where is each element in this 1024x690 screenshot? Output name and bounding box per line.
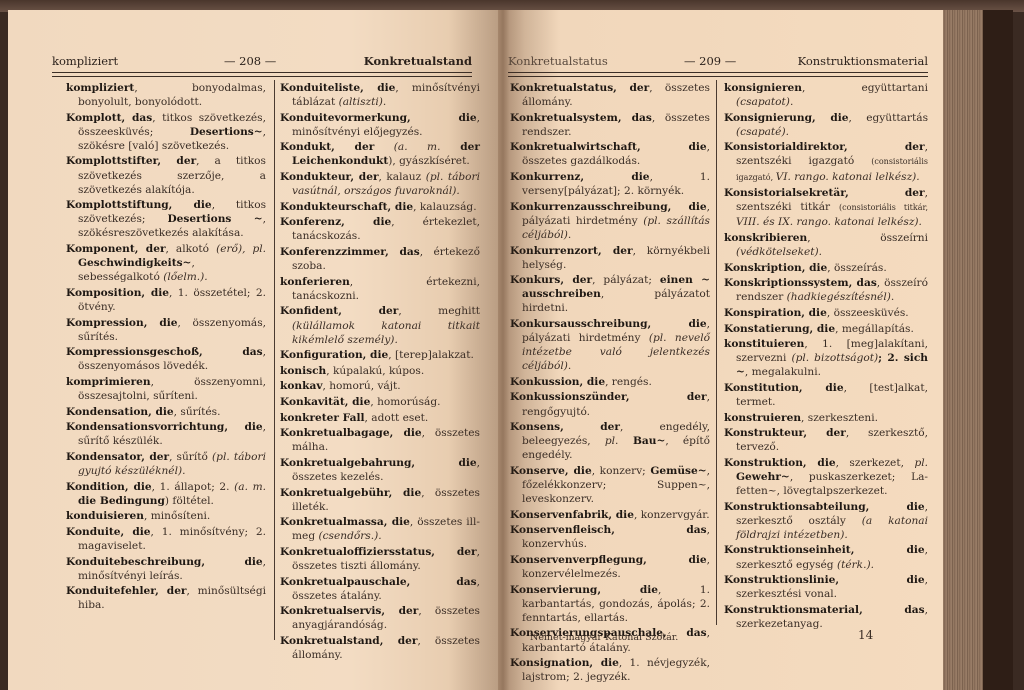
headword: Kondensationsvorrichtung, die [66,421,263,433]
dictionary-entry: Konstrukteur, der, szerkesztő, tervező. [724,426,928,454]
dictionary-entry: konsignieren, együttartani (csapatot). [724,81,928,109]
left-page-column-1: kompliziert, bonyodalmas, bonyolult, bon… [66,81,266,614]
dictionary-entry: konisch, kúpalakú, kúpos. [280,364,480,378]
headword: Konduite, die [66,526,151,538]
headword: Konkavität, die [280,396,370,408]
dictionary-entry: Konstruktionsmaterial, das, szerkezetany… [724,603,928,631]
usage-note: (erő), pl. [216,243,266,255]
definition: , sűrítés. [174,406,221,418]
definition: , összeesküvés. [827,307,909,319]
dictionary-entry: Kondensator, der, sűrítő (pl. tábori gyu… [66,450,266,478]
definition: , [terep]alakzat. [388,349,474,361]
page-edges [943,10,983,690]
note: (consistoriális titkár, [839,203,928,212]
dictionary-entry: Konkursausschreibung, die, pályázati hir… [510,317,710,373]
dictionary-entry: konduisieren, minősíteni. [66,509,266,523]
headword: konisch [280,365,326,377]
compound-headword: Gemüse~ [650,465,706,477]
headword: Konskription, die [724,262,827,274]
usage-note: pl. [914,457,928,469]
dictionary-entry: Konferenz, die, értekezlet, tanácskozás. [280,215,480,243]
dictionary-entry: Konkussion, die, rengés. [510,375,710,389]
dictionary-entry: Konfiguration, die, [terep]alakzat. [280,348,480,362]
definition: ) föltétel. [165,495,214,507]
usage-note: (a. m. [394,141,441,153]
left-page: kompliziert — 208 — Konkretualstand komp… [8,10,498,690]
definition: , összeírás. [827,262,886,274]
usage-note: (térk.). [837,559,874,571]
definition: , szerkezet, [836,457,915,469]
headword: Konstatierung, die [724,323,835,335]
headword: Konstruktion, die [724,457,836,469]
definition [374,141,393,153]
definition: , kalauz [379,171,426,183]
headword: Komposition, die [66,287,169,299]
dictionary-entry: Konkurrenzausschreibung, die, pályázati … [510,200,710,242]
dictionary-entry: Konduiteliste, die, minősítvényi tábláza… [280,81,480,109]
compound-headword: Desertions~ [190,126,263,138]
headword: Konkurrenzausschreibung, die [510,201,707,213]
dictionary-entry: Konkretualgebahrung, die, összetes kezel… [280,456,480,484]
headword: Konservenfleisch, das [510,524,707,536]
dictionary-entry: Konkurs, der, pályázat; einen ~ ausschre… [510,273,710,315]
headword: Komplott, das [66,112,152,124]
headword: Konduiteliste, die [280,82,395,94]
usage-note: (hadkiegészítésnél). [787,291,895,303]
dictionary-entry: konskribieren, összeírni (védkötelseket)… [724,231,928,259]
dictionary-entry: Konstruktionseinheit, die, szerkesztő eg… [724,543,928,571]
dictionary-entry: Konsignation, die, 1. névjegyzék, lajstr… [510,656,710,684]
dictionary-entry: Konkretualstand, der, összetes állomány. [280,634,480,662]
headword: Konsignation, die [510,657,619,669]
definition: , megalakulni. [745,366,821,378]
headword: Kondensation, die [66,406,174,418]
headword: Konkretualsystem, das [510,112,652,124]
definition: , megállapítás. [835,323,914,335]
dictionary-entry: Konkretualstatus, der, összetes állomány… [510,81,710,109]
dictionary-entry: Konspiration, die, összeesküvés. [724,306,928,320]
definition: , konzervgyár. [634,509,710,521]
headword: Konservenfabrik, die [510,509,634,521]
headword: Konserve, die [510,465,592,477]
headword: Konservierung, die [510,584,658,596]
dictionary-entry: Konserve, die, konzerv; Gemüse~, főzelék… [510,464,710,506]
headword: Kondensator, der [66,451,169,463]
right-page-column-1: Konkretualstatus, der, összetes állomány… [510,81,710,686]
dictionary-entry: Konduitefehler, der, minősültségi hiba. [66,584,266,612]
dictionary-entry: Konservierung, die, 1. karbantartás, gon… [510,583,710,625]
dictionary-entry: Kompressionsgeschoß, das, összenyomásos … [66,345,266,373]
headword: Konsistorialdirektor, der [724,141,925,153]
dictionary-entry: kompliziert, bonyodalmas, bonyolult, bon… [66,81,266,109]
left-header-rule [52,72,472,77]
headword: Kondukteur, der [280,171,379,183]
headword: Konstitution, die [724,382,844,394]
headword: Konstruktionseinheit, die [724,544,925,556]
dictionary-entry: konstituieren, 1. [meg]alakítani, szerve… [724,337,928,379]
dictionary-entry: Konstruktionslinie, die, szerkesztési vo… [724,573,928,601]
headword: Konkurrenzort, der [510,245,633,257]
headword: Kondukt, der [280,141,374,153]
dictionary-entry: Konkretualsystem, das, összetes rendszer… [510,111,710,139]
headword: Konsens, der [510,421,620,433]
headword: konduisieren [66,510,144,522]
headword: Konkretualwirtschaft, die [510,141,707,153]
definition: , együttartani [802,82,928,94]
dictionary-entry: Konduitevormerkung, die, minősítvényi el… [280,111,480,139]
dictionary-entry: Konkretualgebühr, die, összetes illeték. [280,486,480,514]
left-page-column-2: Konduiteliste, die, minősítvényi tábláza… [280,81,480,664]
headword: Konkretualstatus, der [510,82,649,94]
dictionary-entry: konferieren, értekezni, tanácskozni. [280,275,480,303]
dictionary-entry: konkreter Fall, adott eset. [280,411,480,425]
definition: , sűrítő [169,451,212,463]
definition: , homorú, vájt. [322,380,400,392]
dictionary-entry: Komplott, das, titkos szövetkezés, össze… [66,111,266,153]
dictionary-entry: Kondukteurschaft, die, kalauzság. [280,200,480,214]
dictionary-entry: Konkurrenz, die, 1. verseny[pályázat]; 2… [510,170,710,198]
headword: Kondition, die [66,481,152,493]
right-page: Konkretualstatus — 209 — Konstruktionsma… [498,10,943,690]
compound-headword: Bau~ [618,435,665,447]
headword: konsignieren [724,82,802,94]
open-book: kompliziert — 208 — Konkretualstand komp… [8,10,1008,690]
dictionary-entry: Konsens, der, engedély, beleegyezés, pl.… [510,420,710,462]
sheet-number: 14 [858,628,873,642]
headword: konkav [280,380,322,392]
dictionary-entry: Konstatierung, die, megállapítás. [724,322,928,336]
headword: Konduitevormerkung, die [280,112,477,124]
headword: Konkussion, die [510,376,605,388]
headword: komprimieren [66,376,151,388]
compound-headword: Desertions ~ [168,213,263,225]
definition: , 1. állapot; 2. [152,481,234,493]
dictionary-entry: Konservenfabrik, die, konzervgyár. [510,508,710,522]
headword: Komplottstiftung, die [66,199,212,211]
right-page-number: — 209 — [684,54,736,68]
headword: Konfident, der [280,305,398,317]
dictionary-entry: Konstruktion, die, szerkezet, pl. Gewehr… [724,456,928,498]
left-guide-word-end: Konkretualstand [364,54,472,68]
dictionary-entry: Konkretualservis, der, összetes anyagjár… [280,604,480,632]
definition: , együttartás [849,112,928,124]
headword: konstruieren [724,412,801,424]
headword: Konspiration, die [724,307,827,319]
dictionary-entry: Konsignierung, die, együttartás (csapaté… [724,111,928,139]
headword: Konduitebeschreibung, die [66,556,263,568]
headword: Konkretualgebühr, die [280,487,421,499]
dictionary-entry: Konservenfleisch, das, konzervhús. [510,523,710,551]
headword: Konskriptionssystem, das [724,277,877,289]
dictionary-entry: Konduitebeschreibung, die, minősítvényi … [66,555,266,583]
headword: Konkretualmassa, die [280,516,410,528]
definition: ), gyászkíséret. [388,155,469,167]
definition: , adott eset. [365,412,429,424]
headword: Konferenz, die [280,216,391,228]
dictionary-entry: konstruieren, szerkeszteni. [724,411,928,425]
headword: Konkretualservis, der [280,605,418,617]
dictionary-entry: Konkussionszünder, der, rengőgyujtó. [510,390,710,418]
dictionary-entry: Konkretualmassa, die, összetes ill-meg (… [280,515,480,543]
right-header-rule [508,72,928,77]
headword: Konstruktionsabteilung, die [724,501,925,513]
headword: Konkurs, der [510,274,592,286]
dictionary-entry: Konkretualwirtschaft, die, összetes gazd… [510,140,710,168]
dictionary-entry: Konsistorialdirektor, der, szentszéki ig… [724,140,928,184]
right-running-head: Konkretualstatus — 209 — Konstruktionsma… [508,54,928,70]
dictionary-entry: komprimieren, összenyomni, összesajtolni… [66,375,266,403]
headword: konstituieren [724,338,804,350]
headword: Konkretualstand, der [280,635,418,647]
dictionary-entry: Kondition, die, 1. állapot; 2. (a. m. di… [66,480,266,508]
dictionary-entry: Konservenverpflegung, die, konzervélelme… [510,553,710,581]
headword: kompliziert [66,82,134,94]
usage-note: (külállamok katonai titkait kikémlelő sz… [292,320,480,346]
headword: Konkussionszünder, der [510,391,707,403]
dictionary-entry: Konkurrenzort, der, környékbeli helység. [510,244,710,272]
usage-note: (csendőrs.). [318,530,381,542]
headword: Konsistorialsekretär, der [724,187,925,199]
headword: Konsignierung, die [724,112,849,124]
definition: , rengés. [605,376,652,388]
usage-note: (csapaté). [736,126,789,138]
usage-note: (altiszti). [339,96,387,108]
headword: Komponent, der [66,243,166,255]
dictionary-entry: Konkretualoffiziersstatus, der, összetes… [280,545,480,573]
headword: konkreter Fall [280,412,365,424]
definition: , szerkeszteni. [801,412,878,424]
dictionary-entry: Konferenzzimmer, das, értekező szoba. [280,245,480,273]
dictionary-entry: Kompression, die, összenyomás, sűrítés. [66,316,266,344]
headword: Konstrukteur, der [724,427,846,439]
dictionary-entry: Konsistorialsekretär, der, szentszéki ti… [724,186,928,229]
headword: Konkretualbagage, die [280,427,422,439]
headword: Konkursausschreibung, die [510,318,707,330]
right-guide-word-start: Konkretualstatus [508,54,608,68]
dictionary-entry: Konstitution, die, [test]alkat, termet. [724,381,928,409]
dictionary-entry: Komplottstiftung, die, titkos szövetkezé… [66,198,266,240]
definition: , homorúság. [370,396,440,408]
headword: Komplottstifter, der [66,155,196,167]
dictionary-entry: Konskriptionssystem, das, összeíró rends… [724,276,928,304]
usage-note: pl. [605,435,619,447]
definition: , meghitt [398,305,480,317]
printer-signature: Német-magyar Katonai Szótár. [530,632,678,643]
headword: Konkretualoffiziersstatus, der [280,546,477,558]
right-page-column-2: konsignieren, együttartani (csapatot).Ko… [724,81,928,632]
dictionary-entry: Kondensation, die, sűrítés. [66,405,266,419]
headword: Konservenverpflegung, die [510,554,707,566]
dictionary-entry: Konkavität, die, homorúság. [280,395,480,409]
headword: Konkretualpauschale, das [280,576,477,588]
dictionary-entry: Kondukteur, der, kalauz (pl. tábori vasú… [280,170,480,198]
usage-note: (a. m. [234,481,266,493]
compound-headword: Geschwindigkeits~ [78,257,191,269]
dictionary-entry: konkav, homorú, vájt. [280,379,480,393]
left-running-head: kompliziert — 208 — Konkretualstand [52,54,472,70]
dictionary-entry: Konkretualbagage, die, összetes málha. [280,426,480,454]
usage-note: (lőelm.). [163,271,207,283]
definition: , alkotó [166,243,217,255]
dictionary-entry: Konkretualpauschale, das, összetes átalá… [280,575,480,603]
dictionary-entry: Konfident, der, meghitt (külállamok kato… [280,304,480,346]
dictionary-entry: Konstruktionsabteilung, die, szerkesztő … [724,500,928,542]
definition: , kúpalakú, kúpos. [326,365,424,377]
dictionary-entry: Konduite, die, 1. minősítvény; 2. magavi… [66,525,266,553]
headword: Konfiguration, die [280,349,388,361]
headword: Konstruktionsmaterial, das [724,604,925,616]
book-cover [983,10,1013,690]
headword: Konduitefehler, der [66,585,187,597]
headword: Konkretualgebahrung, die [280,457,477,469]
left-guide-word-start: kompliziert [52,54,118,68]
definition: , kalauzság. [413,201,476,213]
dictionary-entry: Kondensationsvorrichtung, die, sűrítő ké… [66,420,266,448]
usage-note: VIII. és IX. rango. katonai lelkész). [736,216,922,228]
right-guide-word-end: Konstruktionsmaterial [798,54,928,68]
usage-note: (pl. bizottságot) [791,352,878,364]
left-column-divider [274,80,275,640]
usage-note: (csapatot). [736,96,793,108]
headword: konferieren [280,276,350,288]
left-page-number: — 208 — [224,54,276,68]
headword: Konkurrenz, die [510,171,650,183]
definition: , pályázat; [592,274,660,286]
right-column-divider [716,80,717,625]
definition: , konzerv; [592,465,651,477]
dictionary-entry: Komposition, die, 1. összetétel; 2. ötvé… [66,286,266,314]
definition: , minősíteni. [144,510,210,522]
headword: Kompression, die [66,317,178,329]
headword: Kompressionsgeschoß, das [66,346,263,358]
headword: konskribieren [724,232,807,244]
headword: Konferenzzimmer, das [280,246,420,258]
dictionary-entry: Komplottstifter, der, a titkos szövetkez… [66,154,266,196]
usage-note: VI. rango. katonai lelkész). [776,171,920,183]
headword: Kondukteurschaft, die [280,201,413,213]
definition: , összeírni [807,232,928,244]
dictionary-entry: Konskription, die, összeírás. [724,261,928,275]
dictionary-entry: Kondukt, der (a. m. der Leichenkondukt),… [280,140,480,168]
usage-note: (védkötelseket). [736,246,822,258]
compound-headword: Gewehr~ [736,471,790,483]
headword: Konstruktionslinie, die [724,574,925,586]
compound-headword: die Bedingung [78,495,165,507]
dictionary-entry: Komponent, der, alkotó (erő), pl. Geschw… [66,242,266,284]
